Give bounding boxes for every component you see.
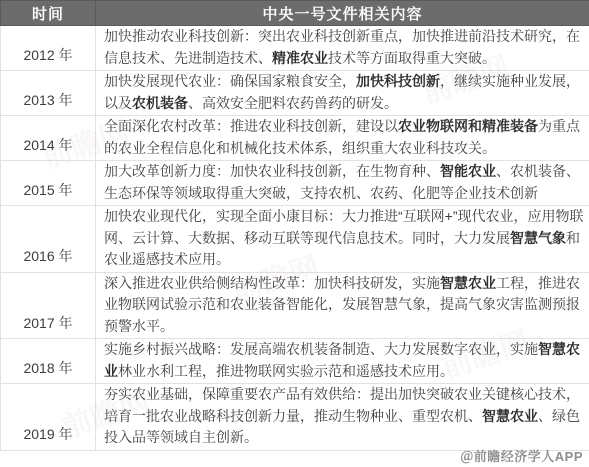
policy-table: 时间 中央一号文件相关内容 2012 年加快推动农业科技创新：突出农业科技创新重… (0, 0, 589, 451)
year-cell: 2018 年 (1, 339, 96, 384)
year-cell: 2013 年 (1, 71, 96, 116)
content-segment: 全面深化农村改革：推进农业科技创新，建设以 (104, 118, 398, 134)
content-segment: 林业水利工程，推进物联网实验示范和遥感技术应用。 (118, 363, 454, 379)
content-bold-segment: 农机装备 (132, 95, 188, 111)
content-cell: 实施乡村振兴战略：发展高端农机装备制造、大力发展数字农业，实施智慧农业林业水利工… (96, 339, 589, 384)
content-segment: 实施乡村振兴战略：发展高端农机装备制造、大力发展数字农业，实施 (104, 341, 538, 357)
content-bold-segment: 智慧农业 (440, 275, 496, 291)
content-bold-segment: 农业物联网和精准装备 (398, 118, 538, 134)
header-cell-time: 时间 (1, 1, 96, 26)
table-body: 2012 年加快推动农业科技创新：突出农业科技创新重点，加快推进前沿技术研究，在… (1, 26, 589, 451)
content-cell: 加快推动农业科技创新：突出农业科技创新重点，加快推进前沿技术研究，在信息技术、先… (96, 26, 589, 71)
header-cell-content: 中央一号文件相关内容 (96, 1, 589, 26)
year-cell: 2014 年 (1, 116, 96, 161)
year-cell: 2017 年 (1, 272, 96, 339)
infographic-page: 前瞻网 前瞻网 前瞻网 前瞻网 前瞻网 时间 中央一号文件相关内容 2012 年… (0, 0, 589, 467)
content-segment: 技术等方面取得重大突破。 (328, 50, 496, 66)
content-cell: 加快发展现代农业：确保国家粮食安全，加快科技创新，继续实施种业发展，以及农机装备… (96, 71, 589, 116)
content-segment: 加大改革创新力度：加快农业科技创新，在生物育种、 (104, 163, 440, 179)
content-bold-segment: 智慧农业 (482, 408, 538, 424)
table-row: 2016 年加快农业现代化，实现全面小康目标：大力推进“互联网+”现代农业，应用… (1, 206, 589, 273)
table-row: 2018 年实施乡村振兴战略：发展高端农机装备制造、大力发展数字农业，实施智慧农… (1, 339, 589, 384)
year-cell: 2015 年 (1, 161, 96, 206)
content-cell: 深入推进农业供给侧结构性改革：加快科技研发，实施智慧农业工程，推进农业物联网试验… (96, 272, 589, 339)
content-segment: 加快发展现代农业：确保国家粮食安全， (104, 73, 356, 89)
table-row: 2012 年加快推动农业科技创新：突出农业科技创新重点，加快推进前沿技术研究，在… (1, 26, 589, 71)
content-cell: 夯实农业基础，保障重要农产品有效供给：提出加快突破农业关键核心技术，培育一批农业… (96, 384, 589, 451)
table-row: 2015 年加大改革创新力度：加快农业科技创新，在生物育种、智能农业、农机装备、… (1, 161, 589, 206)
content-segment: 、高效安全肥料农药兽药的研发。 (188, 95, 398, 111)
table-header: 时间 中央一号文件相关内容 (1, 1, 589, 26)
content-cell: 全面深化农村改革：推进农业科技创新，建设以农业物联网和精准装备为重点的农业全程信… (96, 116, 589, 161)
header-row: 时间 中央一号文件相关内容 (1, 1, 589, 26)
table-row: 2019 年夯实农业基础，保障重要农产品有效供给：提出加快突破农业关键核心技术，… (1, 384, 589, 451)
year-cell: 2016 年 (1, 206, 96, 273)
table-row: 2013 年加快发展现代农业：确保国家粮食安全，加快科技创新，继续实施种业发展，… (1, 71, 589, 116)
table-row: 2014 年全面深化农村改革：推进农业科技创新，建设以农业物联网和精准装备为重点… (1, 116, 589, 161)
content-bold-segment: 加快科技创新 (356, 73, 440, 89)
year-cell: 2019 年 (1, 384, 96, 451)
content-segment: 深入推进农业供给侧结构性改革：加快科技研发，实施 (104, 275, 440, 291)
content-cell: 加大改革创新力度：加快农业科技创新，在生物育种、智能农业、农机装备、生态环保等领… (96, 161, 589, 206)
content-bold-segment: 智能农业 (440, 163, 496, 179)
content-bold-segment: 精准农业 (272, 50, 328, 66)
content-bold-segment: 智慧气象 (510, 230, 566, 246)
content-cell: 加快农业现代化，实现全面小康目标：大力推进“互联网+”现代农业，应用物联网、云计… (96, 206, 589, 273)
year-cell: 2012 年 (1, 26, 96, 71)
source-credit: ＠前瞻经济学人APP (460, 446, 583, 465)
table-row: 2017 年深入推进农业供给侧结构性改革：加快科技研发，实施智慧农业工程，推进农… (1, 272, 589, 339)
